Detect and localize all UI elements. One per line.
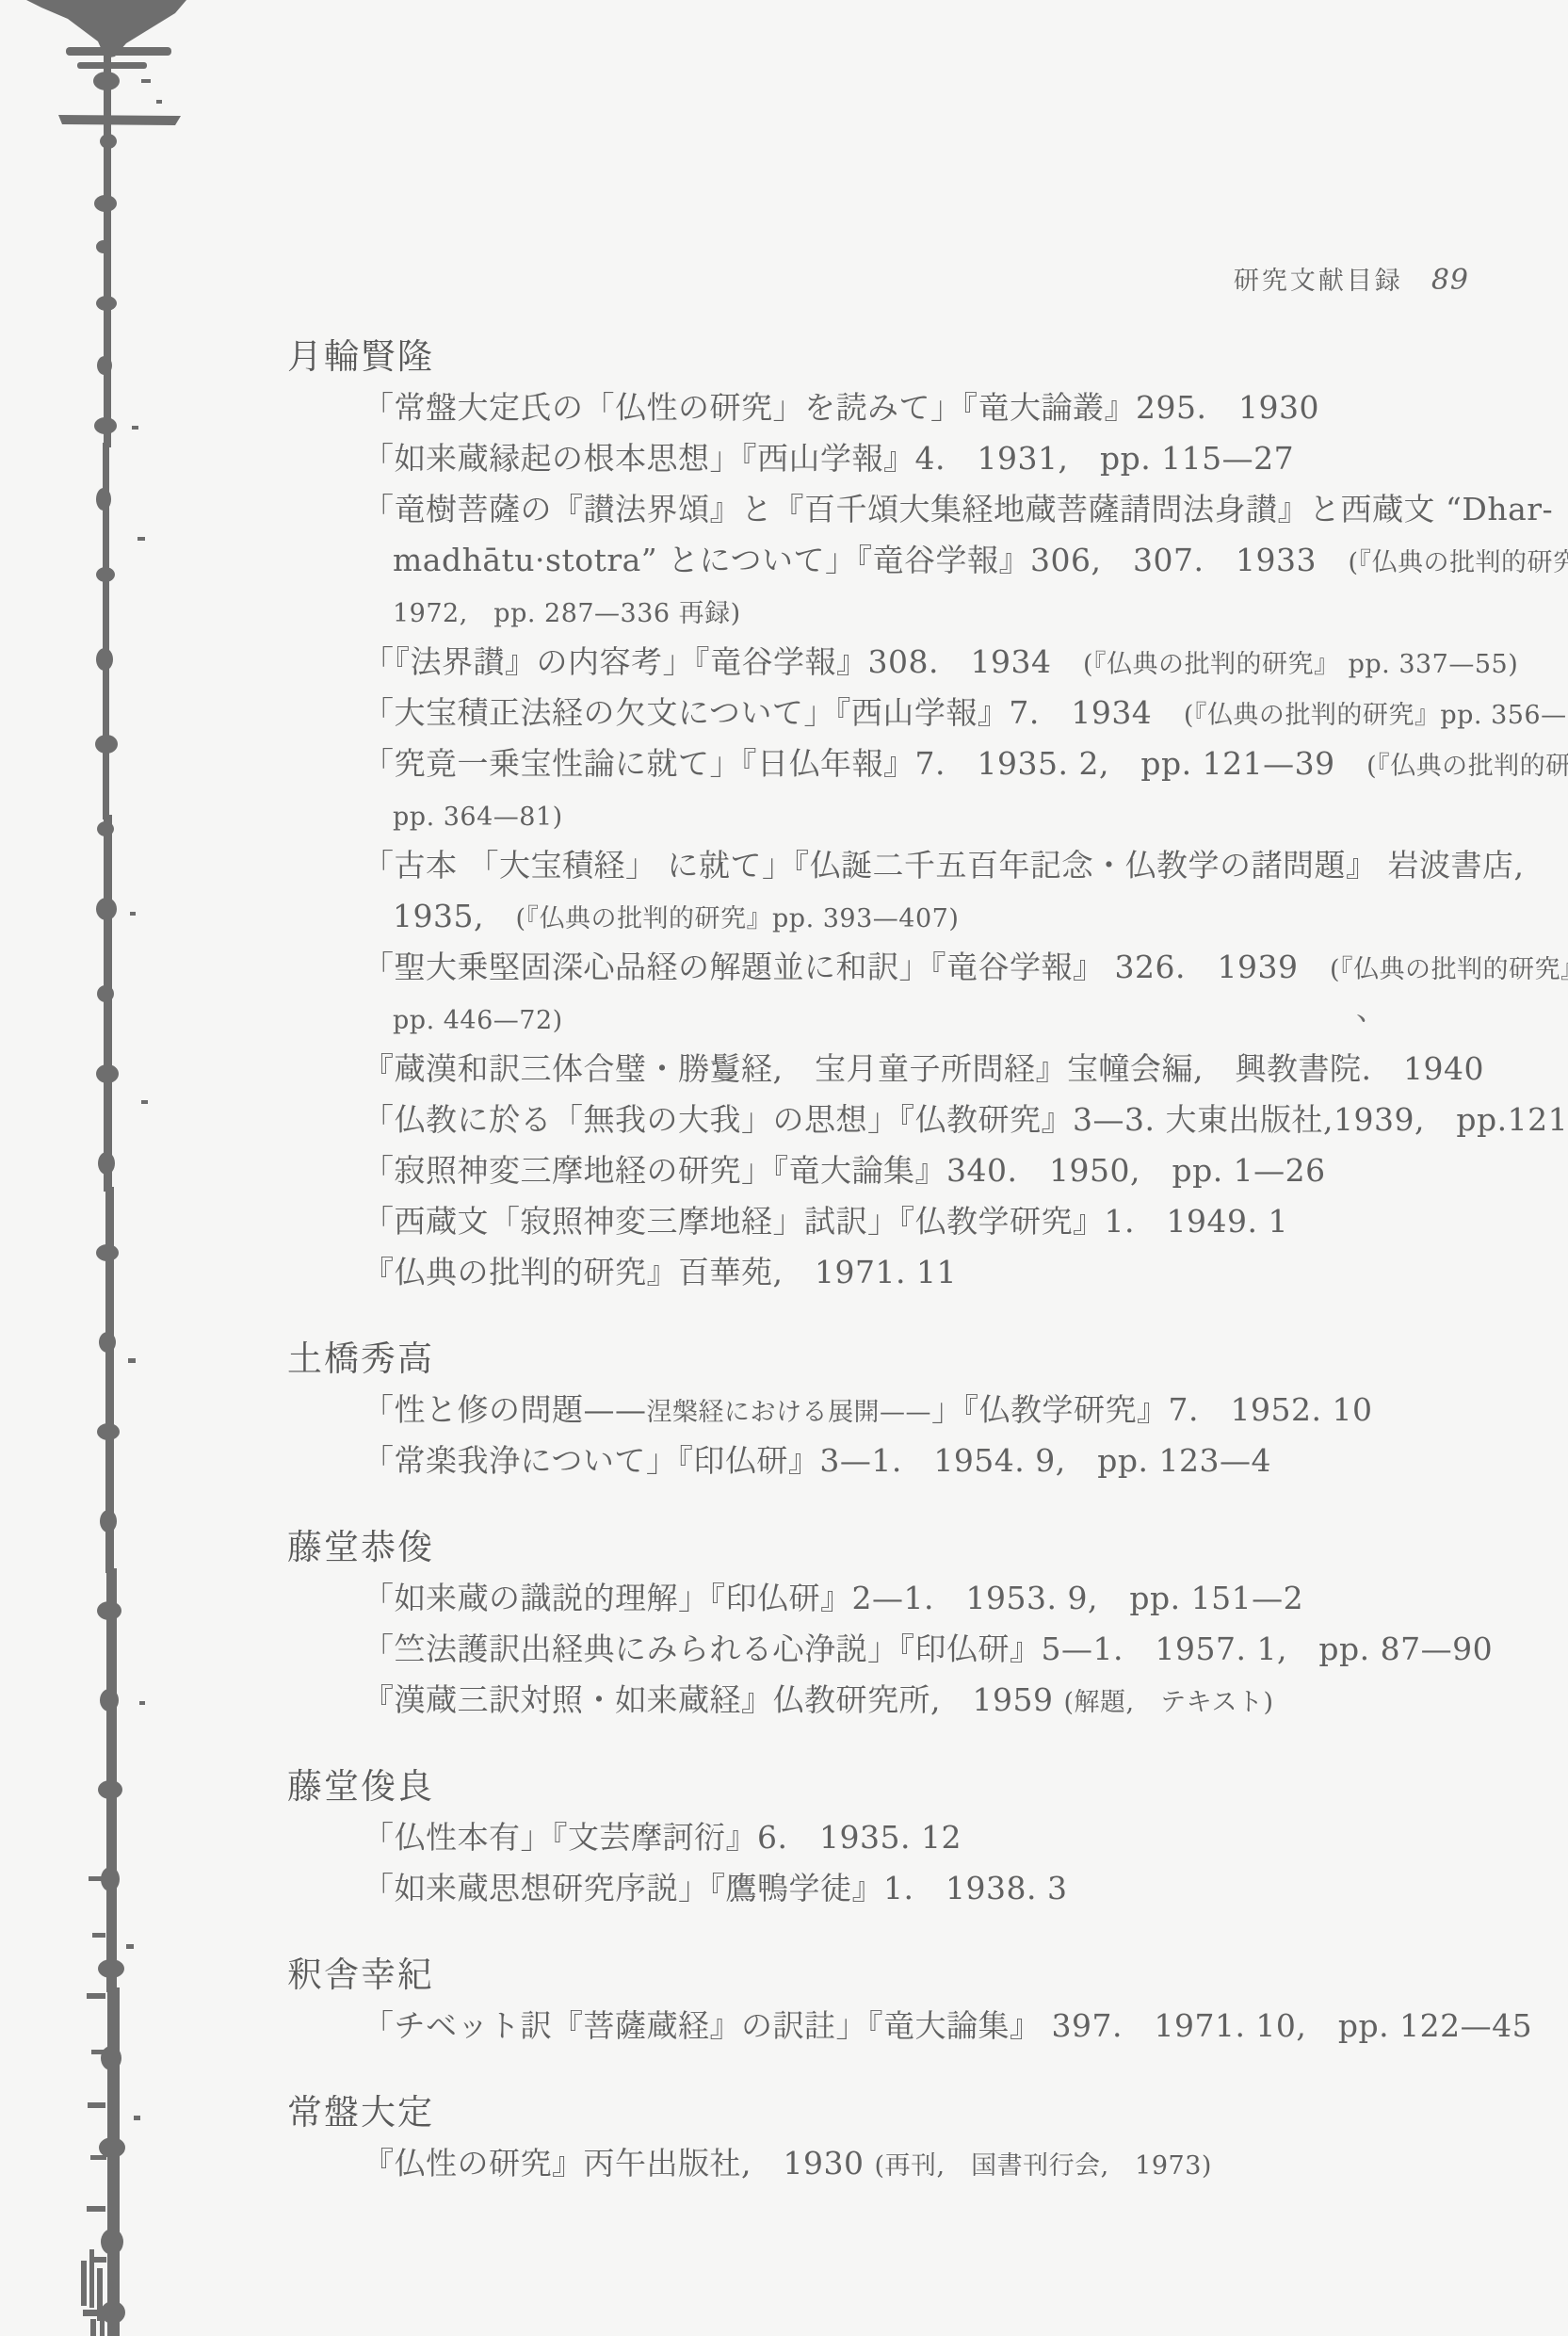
author-heading: 釈舎幸紀	[287, 1950, 1554, 2001]
author-section: 月輪賢隆 「常盤大定氏の「仏性の研究」を読みて」『竜大論叢』295. 1930「…	[287, 332, 1554, 1298]
bibliography-entry-line: 「究竟一乗宝性論に就て」『日仏年報』7. 1935. 2, pp. 121—39…	[287, 738, 1554, 789]
text-segment: 涅槃経における展開——	[647, 1398, 932, 1427]
bibliography-entry-line: 「聖大乗堅固深心品経の解題並に和訳」『竜谷学報』 326. 1939 (『仏典の…	[287, 942, 1554, 993]
text-segment: madhātu·stotra” とについて」『竜谷学報』306, 307. 19…	[393, 542, 1348, 578]
entry-list: 「仏性本有」『文芸摩訶衍』6. 1935. 12「如来蔵思想研究序説」『鷹鴨学徒…	[287, 1812, 1554, 1914]
text-segment: 「聖大乗堅固深心品経の解題並に和訳」『竜谷学報』 326. 1939	[363, 949, 1330, 985]
scanned-page: 研究文献目録 89 、 月輪賢隆 「常盤大定氏の「仏性の研究」を読みて」『竜大論…	[0, 0, 1568, 2336]
bibliography-entry-line: 「寂照神変三摩地経の研究」『竜大論集』340. 1950, pp. 1—26	[287, 1145, 1554, 1196]
text-segment: 「竜樹菩薩の『讃法界頌』と『百千頌大集経地蔵菩薩請問法身讃』と西蔵文 “Dhar…	[363, 491, 1553, 527]
text-segment: 「如来蔵縁起の根本思想」『西山学報』4. 1931, pp. 115—27	[363, 440, 1294, 477]
text-segment: 『漢蔵三訳対照・如来蔵経』仏教研究所, 1959	[363, 1681, 1063, 1718]
bibliography-entry-line: 1972, pp. 287—336 再録)	[287, 586, 1554, 637]
author-section: 釈舎幸紀 「チベット訳『菩薩蔵経』の訳註」『竜大論集』 397. 1971. 1…	[287, 1950, 1554, 2052]
text-segment: 「究竟一乗宝性論に就て」『日仏年報』7. 1935. 2, pp. 121—39	[363, 745, 1366, 782]
text-segment: 「仏教に於る「無我の大我」の思想」『仏教研究』3—3. 大東出版社,1939, …	[363, 1101, 1568, 1138]
text-segment: 「大宝積正法経の欠文について」『西山学報』7. 1934	[363, 694, 1184, 731]
text-segment: (解題, テキスト)	[1063, 1688, 1273, 1717]
text-segment: 」『仏教学研究』7. 1952. 10	[931, 1391, 1372, 1428]
bibliography-entry-line: 「仏性本有」『文芸摩訶衍』6. 1935. 12	[287, 1812, 1554, 1863]
entry-list: 「如来蔵の識説的理解」『印仏研』2—1. 1953. 9, pp. 151—2「…	[287, 1573, 1554, 1726]
author-heading: 月輪賢隆	[287, 332, 1554, 382]
bibliography-entry-line: madhātu·stotra” とについて」『竜谷学報』306, 307. 19…	[287, 535, 1554, 586]
bibliography-entry-line: 「如来蔵の識説的理解」『印仏研』2—1. 1953. 9, pp. 151—2	[287, 1573, 1554, 1624]
bibliography-entry-line: 「竜樹菩薩の『讃法界頌』と『百千頌大集経地蔵菩薩請問法身讃』と西蔵文 “Dhar…	[287, 484, 1554, 535]
text-segment: 「性と修の問題——	[363, 1391, 647, 1428]
text-segment: pp. 446—72)	[393, 1006, 563, 1035]
author-section: 常盤大定 『仏性の研究』丙午出版社, 1930 (再刊, 国書刊行会, 1973…	[287, 2087, 1554, 2189]
page-number: 89	[1431, 264, 1469, 297]
author-heading: 藤堂恭俊	[287, 1522, 1554, 1573]
bibliography-entry-line: 『仏典の批判的研究』百華苑, 1971. 11	[287, 1247, 1554, 1298]
text-segment: 『蔵漢和訳三体合璧・勝鬘経, 宝月童子所問経』宝幢会編, 興教書院. 1940	[363, 1050, 1484, 1087]
bibliography-entry-line: 「性と修の問題——涅槃経における展開——」『仏教学研究』7. 1952. 10	[287, 1385, 1554, 1436]
bibliography-entry-line: 「古本 「大宝積経」 に就て」『仏誕二千五百年記念・仏教学の諸問題』 岩波書店,	[287, 840, 1554, 891]
running-head: 研究文献目録 89	[1234, 260, 1469, 297]
text-segment: 「西蔵文「寂照神変三摩地経」試訳」『仏教学研究』1. 1949. 1	[363, 1203, 1288, 1240]
author-heading: 常盤大定	[287, 2087, 1554, 2138]
text-segment: (『仏典の批判的研究』pp. 393—407)	[515, 904, 959, 933]
text-segment: 『仏典の批判的研究』百華苑, 1971. 11	[363, 1254, 957, 1290]
bibliography-entry-line: 「如来蔵縁起の根本思想」『西山学報』4. 1931, pp. 115—27	[287, 433, 1554, 484]
entry-list: 『仏性の研究』丙午出版社, 1930 (再刊, 国書刊行会, 1973)	[287, 2138, 1554, 2189]
text-segment: (『仏典の批判的研究』	[1366, 752, 1568, 781]
entry-list: 「常盤大定氏の「仏性の研究」を読みて」『竜大論叢』295. 1930「如来蔵縁起…	[287, 382, 1554, 1298]
text-segment: (『仏典の批判的研究』pp. 356—63)	[1184, 701, 1568, 730]
bibliography-entry-line: 「西蔵文「寂照神変三摩地経」試訳」『仏教学研究』1. 1949. 1	[287, 1196, 1554, 1247]
author-heading: 土橋秀高	[287, 1334, 1554, 1385]
text-segment: 1972, pp. 287—336 再録)	[393, 599, 741, 628]
author-heading: 藤堂俊良	[287, 1761, 1554, 1812]
text-segment: (『仏典の批判的研究』 pp. 337—55)	[1083, 650, 1518, 679]
bibliography-entry-line: 「竺法護訳出経典にみられる心浄説」『印仏研』5—1. 1957. 1, pp. …	[287, 1624, 1554, 1675]
text-segment: 「古本 「大宝積経」 に就て」『仏誕二千五百年記念・仏教学の諸問題』 岩波書店,	[363, 847, 1524, 884]
text-segment: 「寂照神変三摩地経の研究」『竜大論集』340. 1950, pp. 1—26	[363, 1152, 1326, 1189]
text-segment: 「『法界讃』の内容考」『竜谷学報』308. 1934	[363, 643, 1083, 680]
bibliography-entry-line: 「『法界讃』の内容考」『竜谷学報』308. 1934 (『仏典の批判的研究』 p…	[287, 637, 1554, 688]
bibliography-entry-line: 1935, (『仏典の批判的研究』pp. 393—407)	[287, 891, 1554, 942]
bibliography-entry-line: 「大宝積正法経の欠文について」『西山学報』7. 1934 (『仏典の批判的研究』…	[287, 688, 1554, 738]
text-segment: 『仏性の研究』丙午出版社, 1930	[363, 2145, 874, 2182]
bibliography-entry-line: 「常楽我浄について」『印仏研』3—1. 1954. 9, pp. 123—4	[287, 1436, 1554, 1486]
bibliography-entry-line: pp. 364—81)	[287, 789, 1554, 840]
text-segment: (『仏典の批判的研究』	[1348, 548, 1568, 577]
text-segment: 「常盤大定氏の「仏性の研究」を読みて」『竜大論叢』295. 1930	[363, 389, 1319, 426]
author-section: 藤堂恭俊 「如来蔵の識説的理解」『印仏研』2—1. 1953. 9, pp. 1…	[287, 1522, 1554, 1726]
text-segment: pp. 364—81)	[393, 803, 563, 832]
text-segment: 1935,	[393, 898, 515, 934]
running-head-title: 研究文献目録	[1234, 260, 1403, 297]
bibliography-entry-line: 『仏性の研究』丙午出版社, 1930 (再刊, 国書刊行会, 1973)	[287, 2138, 1554, 2189]
bibliography-entry-line: pp. 446—72)	[287, 993, 1554, 1044]
text-segment: (再刊, 国書刊行会, 1973)	[874, 2151, 1211, 2181]
bibliography: 月輪賢隆 「常盤大定氏の「仏性の研究」を読みて」『竜大論叢』295. 1930「…	[287, 332, 1554, 2189]
bibliography-entry-line: 「常盤大定氏の「仏性の研究」を読みて」『竜大論叢』295. 1930	[287, 382, 1554, 433]
author-section: 土橋秀高 「性と修の問題——涅槃経における展開——」『仏教学研究』7. 1952…	[287, 1334, 1554, 1486]
author-section: 藤堂俊良 「仏性本有」『文芸摩訶衍』6. 1935. 12「如来蔵思想研究序説」…	[287, 1761, 1554, 1914]
bibliography-entry-line: 『漢蔵三訳対照・如来蔵経』仏教研究所, 1959 (解題, テキスト)	[287, 1675, 1554, 1726]
text-segment: 「チベット訳『菩薩蔵経』の訳註」『竜大論集』 397. 1971. 10, pp…	[363, 2007, 1532, 2044]
text-segment: 「如来蔵思想研究序説」『鷹鴨学徒』1. 1938. 3	[363, 1870, 1067, 1906]
bibliography-entry-line: 「仏教に於る「無我の大我」の思想」『仏教研究』3—3. 大東出版社,1939, …	[287, 1095, 1554, 1145]
text-segment: 「竺法護訳出経典にみられる心浄説」『印仏研』5—1. 1957. 1, pp. …	[363, 1630, 1493, 1667]
text-segment: (『仏典の批判的研究』	[1330, 955, 1568, 984]
bibliography-entry-line: 『蔵漢和訳三体合璧・勝鬘経, 宝月童子所問経』宝幢会編, 興教書院. 1940	[287, 1044, 1554, 1095]
entry-list: 「性と修の問題——涅槃経における展開——」『仏教学研究』7. 1952. 10「…	[287, 1385, 1554, 1486]
bibliography-entry-line: 「如来蔵思想研究序説」『鷹鴨学徒』1. 1938. 3	[287, 1863, 1554, 1914]
bibliography-entry-line: 「チベット訳『菩薩蔵経』の訳註」『竜大論集』 397. 1971. 10, pp…	[287, 2001, 1554, 2052]
text-segment: 「仏性本有」『文芸摩訶衍』6. 1935. 12	[363, 1819, 962, 1856]
binding-artifact	[0, 0, 217, 2336]
text-segment: 「常楽我浄について」『印仏研』3—1. 1954. 9, pp. 123—4	[363, 1442, 1271, 1479]
text-segment: 「如来蔵の識説的理解」『印仏研』2—1. 1953. 9, pp. 151—2	[363, 1580, 1303, 1616]
entry-list: 「チベット訳『菩薩蔵経』の訳註」『竜大論集』 397. 1971. 10, pp…	[287, 2001, 1554, 2052]
